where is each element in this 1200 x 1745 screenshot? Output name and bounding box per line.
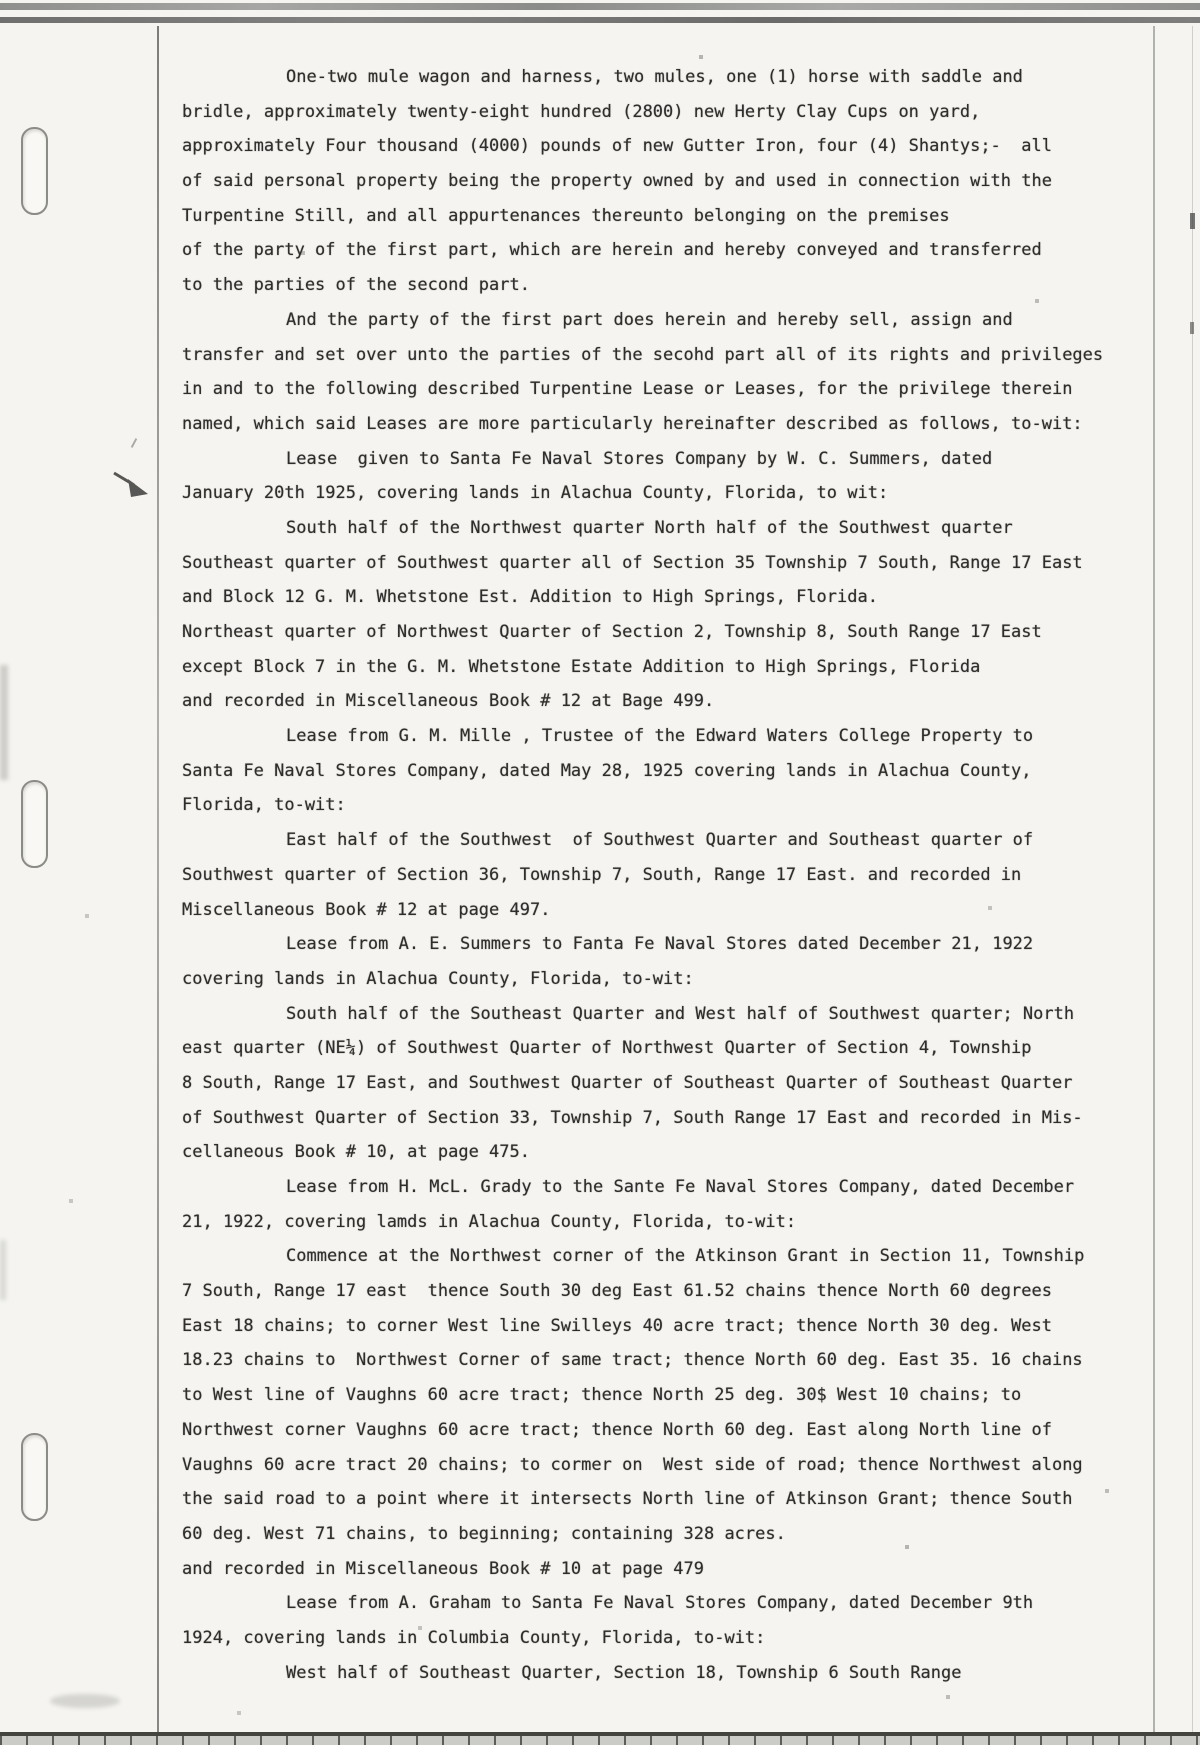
binder-hole (21, 780, 48, 868)
scan-smudge (0, 665, 8, 780)
document-line: except Block 7 in the G. M. Whetstone Es… (182, 650, 1142, 685)
document-line: East 18 chains; to corner West line Swil… (182, 1309, 1142, 1344)
page-right-edge-line (1153, 26, 1155, 1735)
document-line: One-two mule wagon and harness, two mule… (182, 60, 1142, 95)
document-line: And the party of the first part does her… (182, 303, 1142, 338)
document-line: January 20th 1925, covering lands in Ala… (182, 476, 1142, 511)
document-line: cellaneous Book # 10, at page 475. (182, 1135, 1142, 1170)
document-line: Vaughns 60 acre tract 20 chains; to corm… (182, 1448, 1142, 1483)
scan-smudge (0, 1240, 6, 1300)
document-line: Lease from A. E. Summers to Fanta Fe Nav… (182, 927, 1142, 962)
scan-right-edge-line (1192, 26, 1193, 1735)
document-line: 1924, covering lands in Columbia County,… (182, 1621, 1142, 1656)
document-line: approximately Four thousand (4000) pound… (182, 129, 1142, 164)
binder-hole (21, 1433, 48, 1521)
document-line: Lease given to Santa Fe Naval Stores Com… (182, 442, 1142, 477)
pencil-tick-mark (131, 438, 137, 448)
document-line: Santa Fe Naval Stores Company, dated May… (182, 754, 1142, 789)
document-line: South half of the Northwest quarter Nort… (182, 511, 1142, 546)
document-line: Commence at the Northwest corner of the … (182, 1239, 1142, 1274)
document-line: of Southwest Quarter of Section 33, Town… (182, 1101, 1142, 1136)
page-top-edge-line (0, 17, 1200, 23)
ruled-left-margin-line (157, 26, 159, 1735)
document-line: Lease from A. Graham to Santa Fe Naval S… (182, 1586, 1142, 1621)
document-line: to the parties of the second part. (182, 268, 1142, 303)
document-line: East half of the Southwest of Southwest … (182, 823, 1142, 858)
pencil-arrow-mark (112, 470, 152, 508)
document-line: and recorded in Miscellaneous Book # 12 … (182, 684, 1142, 719)
document-line: Southeast quarter of Southwest quarter a… (182, 546, 1142, 581)
binder-hole (21, 127, 48, 215)
document-line: in and to the following described Turpen… (182, 372, 1142, 407)
document-line: 60 deg. West 71 chains, to beginning; co… (182, 1517, 1142, 1552)
document-line: transfer and set over unto the parties o… (182, 338, 1142, 373)
scan-specks (0, 0, 2, 2)
document-line: Miscellaneous Book # 12 at page 497. (182, 893, 1142, 928)
document-line: named, which said Leases are more partic… (182, 407, 1142, 442)
page-bottom-edge-band (0, 1736, 1200, 1745)
edge-artifact-mark (1190, 213, 1195, 229)
document-line: Southwest quarter of Section 36, Townshi… (182, 858, 1142, 893)
document-line: Lease from G. M. Mille , Trustee of the … (182, 719, 1142, 754)
document-line: South half of the Southeast Quarter and … (182, 997, 1142, 1032)
document-line: Northeast quarter of Northwest Quarter o… (182, 615, 1142, 650)
document-line: 18.23 chains to Northwest Corner of same… (182, 1343, 1142, 1378)
document-line: Northwest corner Vaughns 60 acre tract; … (182, 1413, 1142, 1448)
document-line: 7 South, Range 17 east thence South 30 d… (182, 1274, 1142, 1309)
document-line: Lease from H. McL. Grady to the Sante Fe… (182, 1170, 1142, 1205)
document-line: Florida, to-wit: (182, 788, 1142, 823)
document-line: to West line of Vaughns 60 acre tract; t… (182, 1378, 1142, 1413)
document-line: east quarter (NE¼) of Southwest Quarter … (182, 1031, 1142, 1066)
document-line: of said personal property being the prop… (182, 164, 1142, 199)
scanned-document-page: One-two mule wagon and harness, two mule… (0, 0, 1200, 1745)
page-top-edge-band (0, 3, 1200, 10)
document-line: bridle, approximately twenty-eight hundr… (182, 95, 1142, 130)
document-line: the said road to a point where it inters… (182, 1482, 1142, 1517)
scan-smudge (50, 1694, 120, 1708)
document-line: West half of Southeast Quarter, Section … (182, 1656, 1142, 1691)
document-line: Turpentine Still, and all appurtenances … (182, 199, 1142, 234)
document-line: 21, 1922, covering lamds in Alachua Coun… (182, 1205, 1142, 1240)
document-line: 8 South, Range 17 East, and Southwest Qu… (182, 1066, 1142, 1101)
document-text: One-two mule wagon and harness, two mule… (182, 60, 1142, 1690)
document-line: of the party of the first part, which ar… (182, 233, 1142, 268)
document-line: and recorded in Miscellaneous Book # 10 … (182, 1552, 1142, 1587)
document-line: and Block 12 G. M. Whetstone Est. Additi… (182, 580, 1142, 615)
edge-artifact-mark (1190, 322, 1194, 334)
document-line: covering lands in Alachua County, Florid… (182, 962, 1142, 997)
